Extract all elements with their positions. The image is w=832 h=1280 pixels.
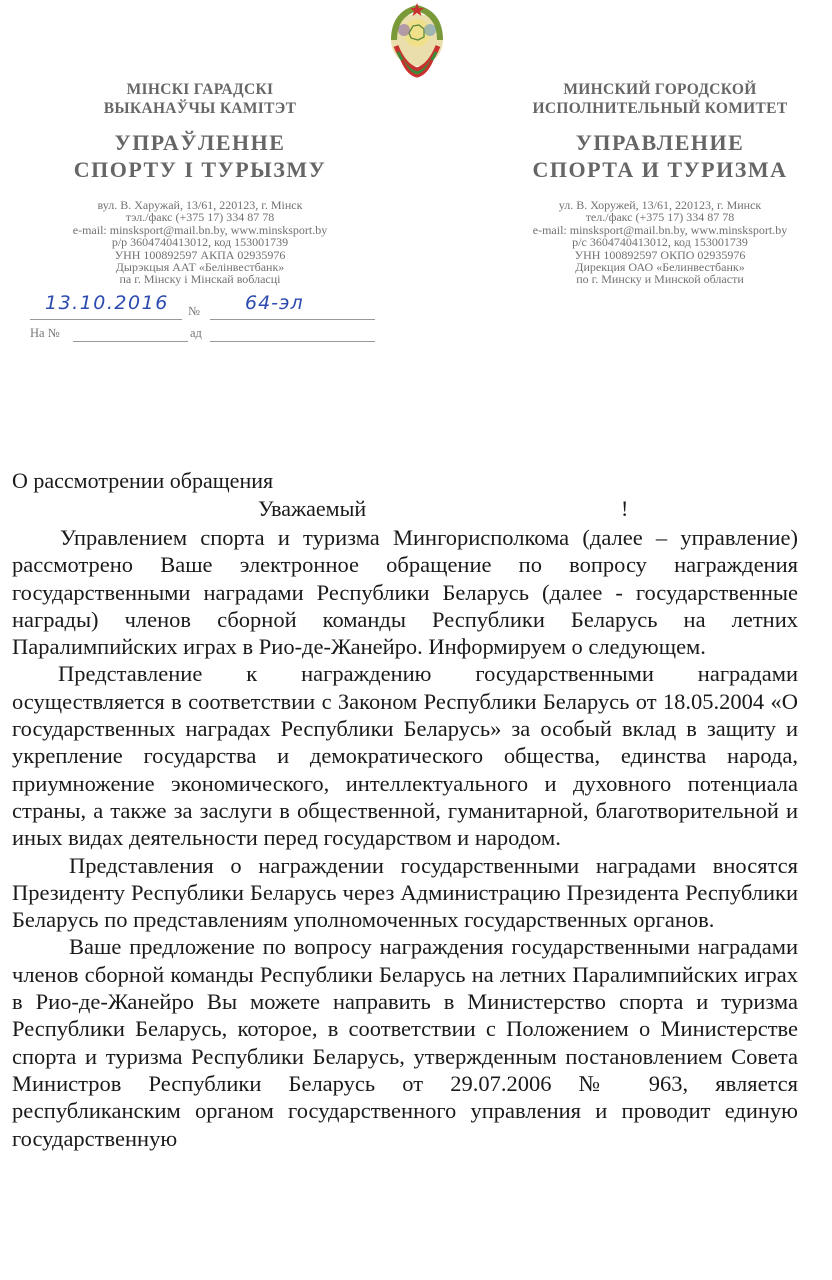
- salutation-text: Уважаемый: [258, 496, 366, 521]
- ref-number-label: На №: [30, 326, 60, 341]
- dept-name-line2: СПОРТА И ТУРИЗМА: [500, 156, 820, 183]
- salutation-exclamation: !: [621, 496, 628, 522]
- paragraph: Представление к награждению государствен…: [12, 660, 798, 851]
- letterhead-belarusian: МІНСКІ ГАРАДСКІ ВЫКАНАЎЧЫ КАМІТЭТ УПРАЎЛ…: [30, 80, 370, 286]
- reference-line: На № ад: [30, 326, 375, 346]
- registration-line: 13.10.2016 № 64-эл: [30, 292, 375, 322]
- paragraph: Управлением спорта и туризма Мингориспол…: [12, 524, 798, 660]
- contact-block: вул. В. Харужай, 13/61, 220123, г. Мінск…: [30, 199, 370, 286]
- salutation: Уважаемый !: [258, 496, 818, 522]
- letter-subject: О рассмотрении обращения: [12, 468, 273, 494]
- date-underline: [30, 319, 182, 320]
- bank-account: р/с 3604740413012, код 153001739: [500, 236, 820, 248]
- handwritten-number: 64-эл: [245, 292, 304, 314]
- bank-account: р/р 3604740413012, код 153001739: [30, 236, 370, 248]
- dept-name-line1: УПРАВЛЕНИЕ: [500, 129, 820, 156]
- dept-name-line1: УПРАЎЛЕННЕ: [30, 129, 370, 156]
- letter-body: Управлением спорта и туризма Мингориспол…: [12, 524, 798, 1152]
- dept-name-line2: СПОРТУ І ТУРЫЗМУ: [30, 156, 370, 183]
- belarus-state-emblem-icon: [388, 0, 446, 80]
- org-name-line2: ИСПОЛНИТЕЛЬНЫЙ КОМИТЕТ: [500, 99, 820, 118]
- ref-from-underline: [210, 341, 375, 342]
- phone-fax: тэл./факс (+375 17) 334 87 78: [30, 211, 370, 223]
- letterhead-russian: МИНСКИЙ ГОРОДСКОЙ ИСПОЛНИТЕЛЬНЫЙ КОМИТЕТ…: [500, 80, 820, 286]
- org-name-line2: ВЫКАНАЎЧЫ КАМІТЭТ: [30, 99, 370, 118]
- org-name-line1: МИНСКИЙ ГОРОДСКОЙ: [500, 80, 820, 99]
- phone-fax: тел./факс (+375 17) 334 87 78: [500, 211, 820, 223]
- contact-block: ул. В. Хоружей, 13/61, 220123, г. Минск …: [500, 199, 820, 286]
- ref-number-underline: [73, 341, 188, 342]
- paragraph: Представления о награждении государствен…: [12, 852, 798, 934]
- bank-branch: по г. Минску и Минской области: [500, 273, 820, 285]
- paragraph: Ваше предложение по вопросу награждения …: [12, 933, 798, 1151]
- handwritten-date: 13.10.2016: [45, 292, 169, 314]
- org-name-line1: МІНСКІ ГАРАДСКІ: [30, 80, 370, 99]
- number-underline: [210, 319, 375, 320]
- bank-branch: па г. Мінску і Мінскай вобласці: [30, 273, 370, 285]
- ref-from-label: ад: [190, 326, 202, 341]
- number-label: №: [188, 304, 200, 319]
